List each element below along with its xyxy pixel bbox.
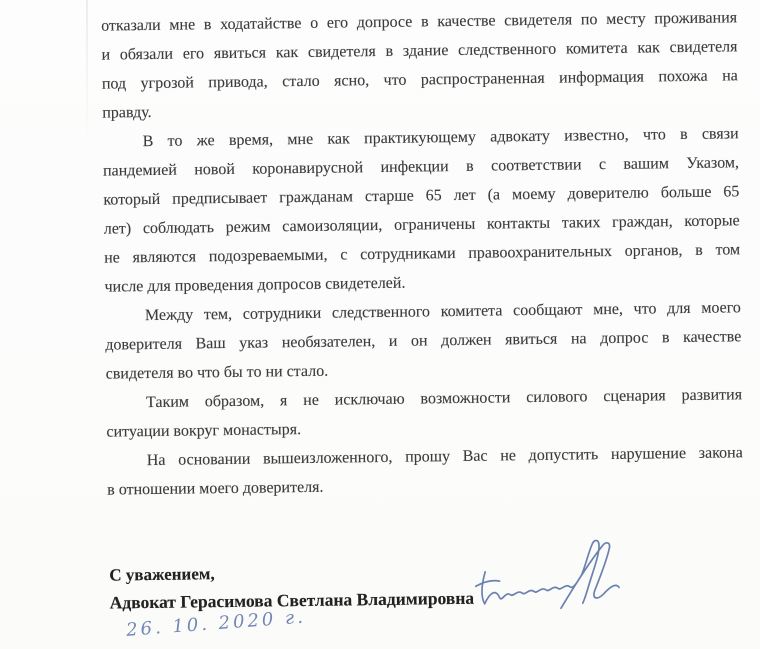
signature-scrawl: [467, 532, 687, 642]
closing-block: С уважением, Адвокат Герасимова Светлана…: [109, 561, 474, 614]
document-body: отказали мне в ходатайстве о его допросе…: [101, 3, 743, 504]
closing-salutation: С уважением,: [109, 561, 474, 586]
scan-tilt-wrapper: отказали мне в ходатайстве о его допросе…: [0, 0, 760, 649]
scanned-letter-page: отказали мне в ходатайстве о его допросе…: [0, 0, 760, 649]
signature-ink-icon: [467, 532, 687, 642]
